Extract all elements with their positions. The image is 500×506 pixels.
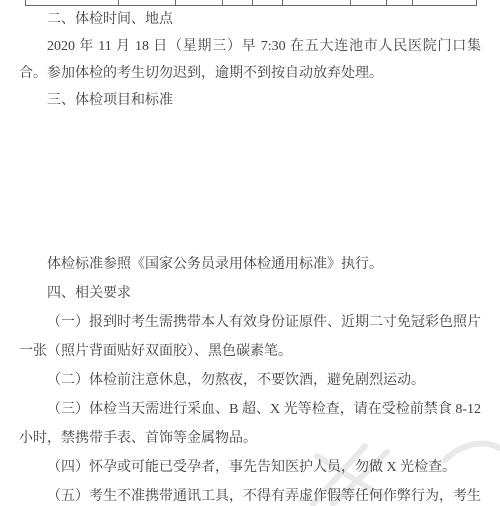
blank-area (19, 114, 481, 250)
requirement-item-2: （二）体检前注意休息，勿熬夜，不要饮酒，避免剧烈运动。 (19, 366, 481, 395)
requirement-item-5: （五）考生不准携带通讯工具，不得有弄虚作假等任何作弊行为，考生 (19, 482, 481, 506)
section3-note: 体检标准参照《国家公务员录用体检通用标准》执行。 (19, 250, 481, 279)
section-top: 二、体检时间、地点 2020 年 11 月 18 日（星期三）早 7:30 在五… (19, 6, 481, 114)
document-page: 二、体检时间、地点 2020 年 11 月 18 日（星期三）早 7:30 在五… (0, 0, 500, 506)
section2-body: 2020 年 11 月 18 日（星期三）早 7:30 在五大连池市人民医院门口… (19, 33, 481, 87)
section3-heading: 三、体检项目和标准 (19, 87, 481, 114)
requirement-item-4: （四）怀孕或可能已受孕者，事先告知医护人员，勿做 X 光检查。 (19, 453, 481, 482)
document-body: 二、体检时间、地点 2020 年 11 月 18 日（星期三）早 7:30 在五… (0, 0, 500, 506)
section4-heading: 四、相关要求 (19, 279, 481, 308)
requirement-item-3: （三）体检当天需进行采血、B 超、X 光等检查，请在受检前禁食 8-12 小时，… (19, 395, 481, 453)
section2-heading: 二、体检时间、地点 (19, 6, 481, 33)
section-bottom: 体检标准参照《国家公务员录用体检通用标准》执行。 四、相关要求 （一）报到时考生… (19, 250, 481, 506)
requirement-item-1: （一）报到时考生需携带本人有效身份证原件、近期二寸免冠彩色照片一张（照片背面贴好… (19, 308, 481, 366)
